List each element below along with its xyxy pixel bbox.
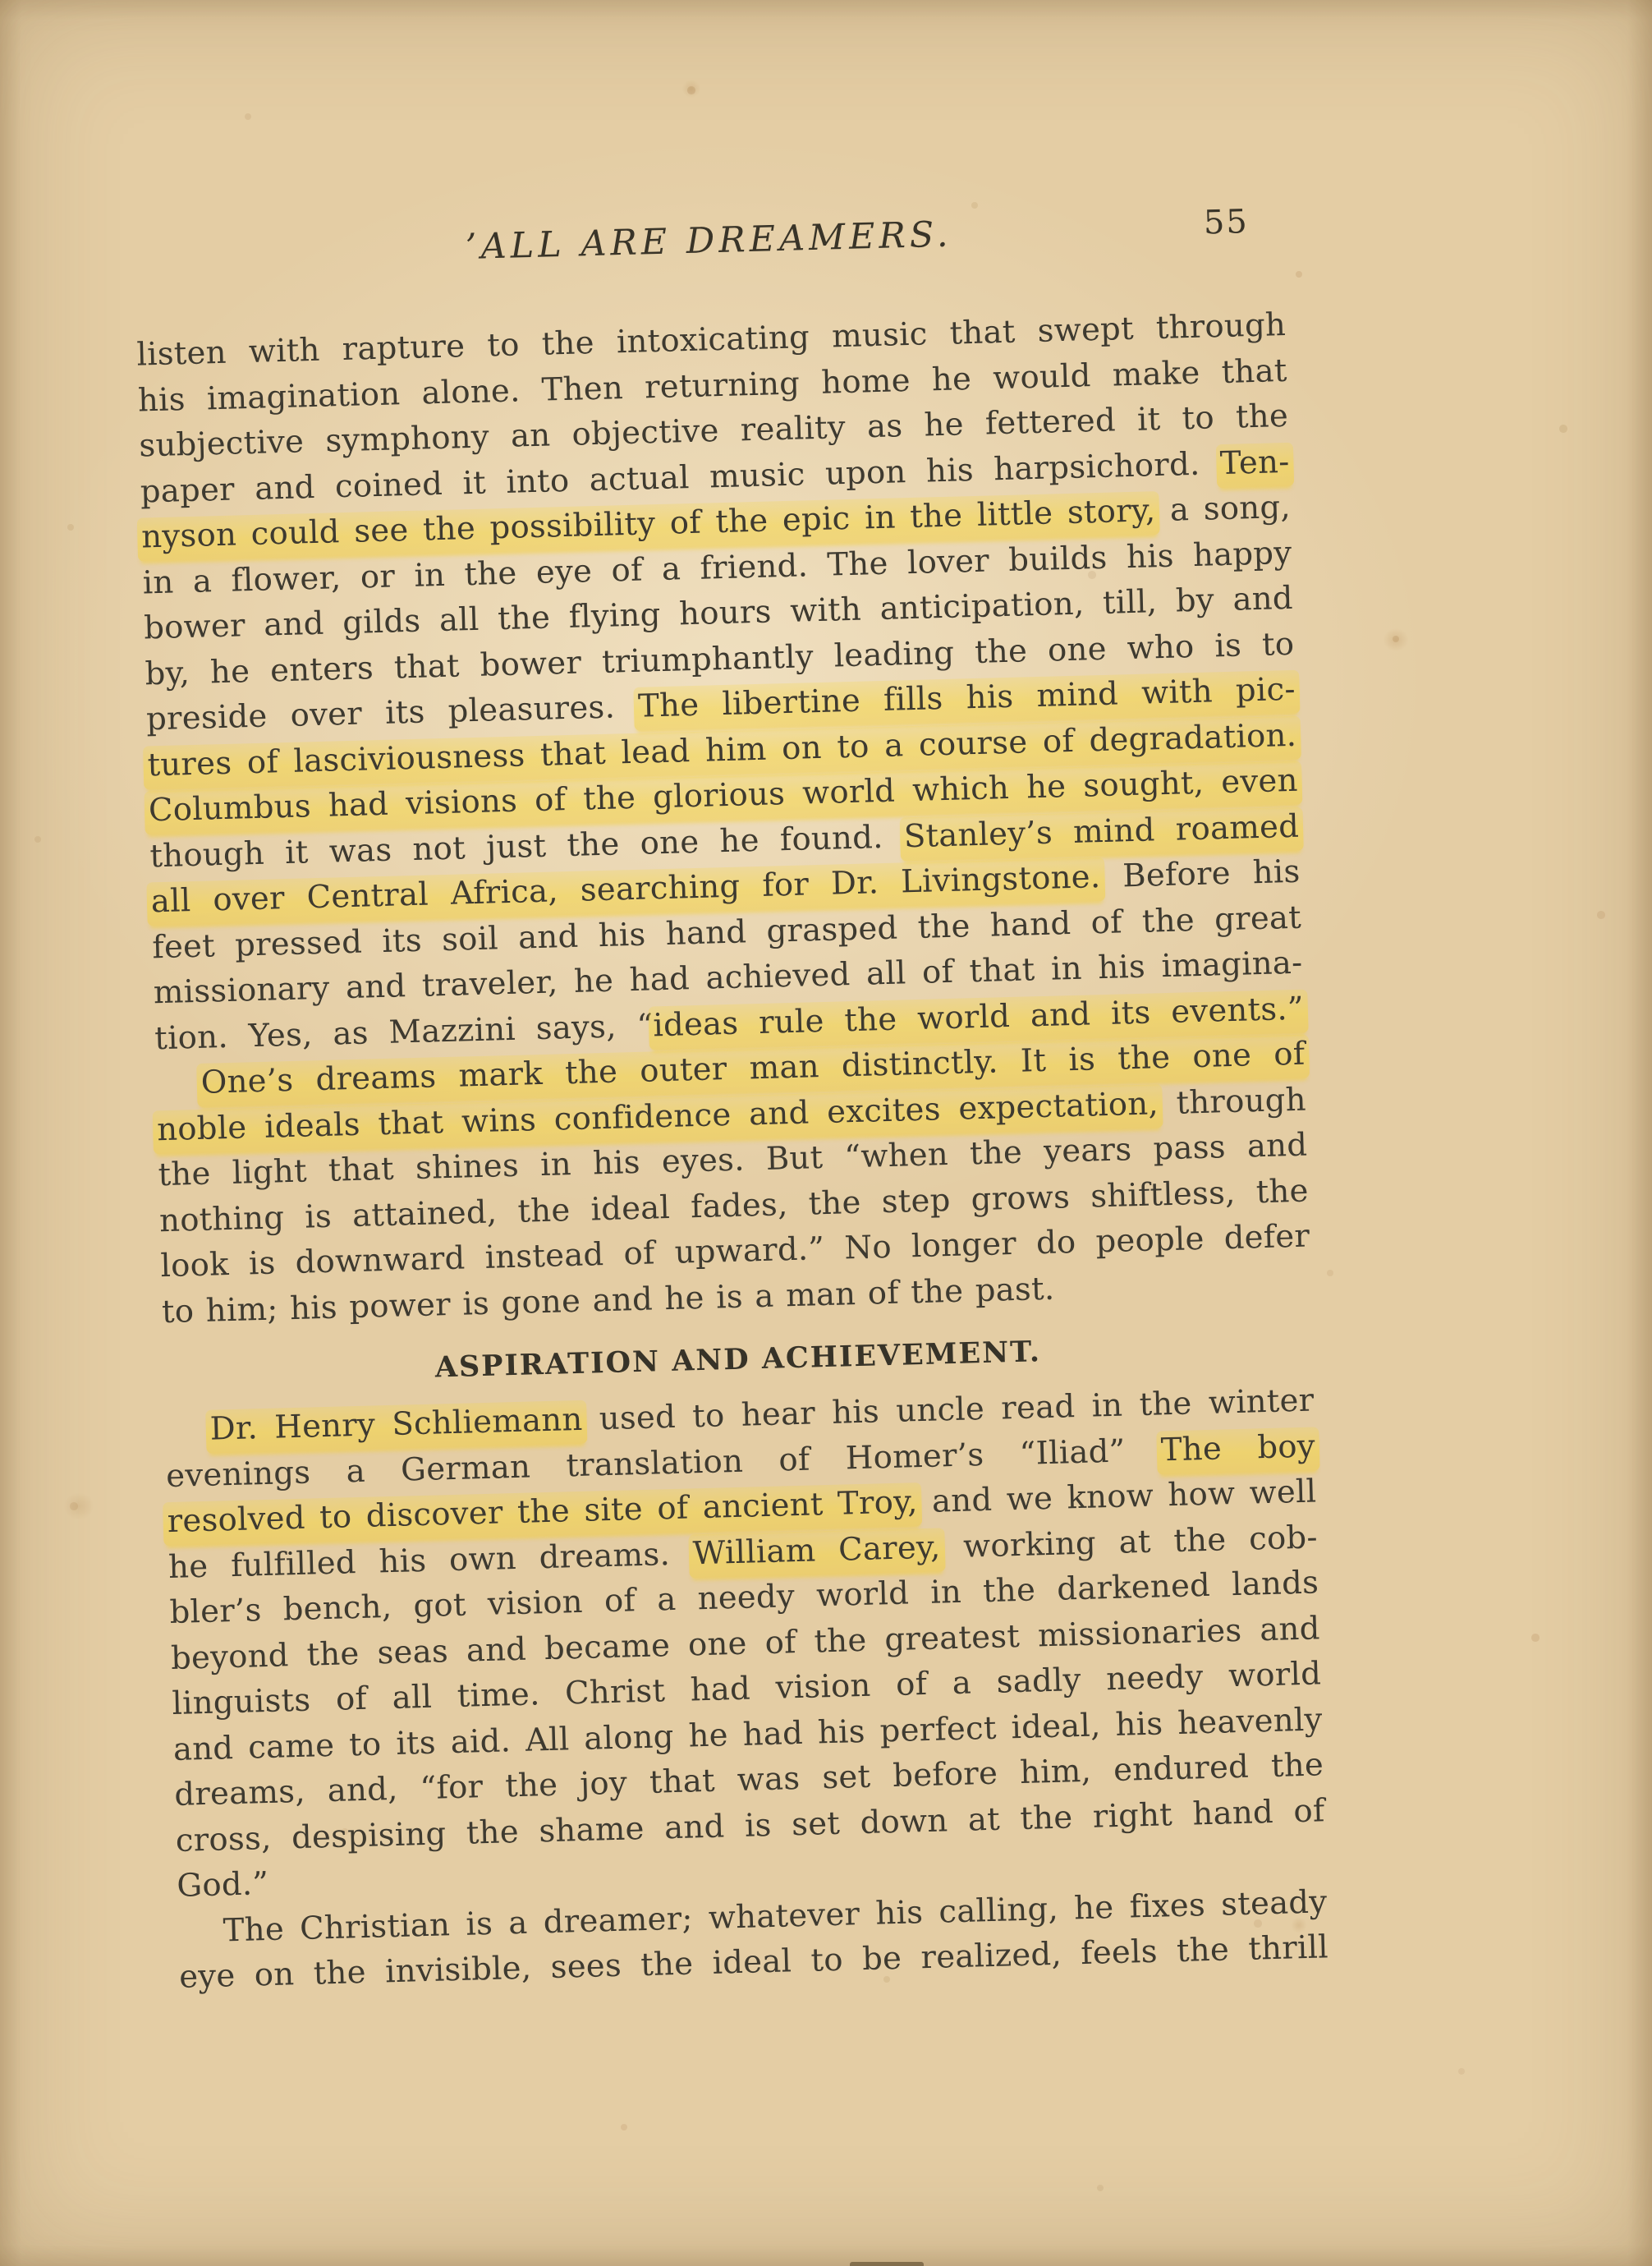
text-segment: and we know how well — [917, 1473, 1317, 1520]
text-segment: preside over its pleasures. — [146, 688, 639, 738]
text-segment: Before his — [1100, 853, 1301, 895]
page-content: ’ALL ARE DREAMERS. 55 listen with raptur… — [134, 205, 1329, 2000]
text-segment: through — [1158, 1081, 1306, 1122]
running-header: ’ALL ARE DREAMERS. 55 — [134, 205, 1284, 287]
book-page-scan: ’ALL ARE DREAMERS. 55 listen with raptur… — [0, 0, 1652, 2266]
text-segment: God.” — [177, 1865, 269, 1905]
text-segment: a song, — [1155, 489, 1292, 529]
highlighted-text: Ten- — [1215, 442, 1294, 487]
text-body: listen with rapture to the intoxicating … — [136, 302, 1329, 2000]
scan-bottom-edge-artifact — [850, 2262, 924, 2266]
running-header-title: ’ALL ARE DREAMERS. — [465, 214, 952, 268]
highlighted-text: The boy — [1156, 1427, 1319, 1474]
text-segment: working at the cob- — [940, 1519, 1318, 1565]
text-segment: tion. Yes, as Mazzini says, “ — [154, 1007, 654, 1057]
page-number: 55 — [1203, 203, 1249, 241]
